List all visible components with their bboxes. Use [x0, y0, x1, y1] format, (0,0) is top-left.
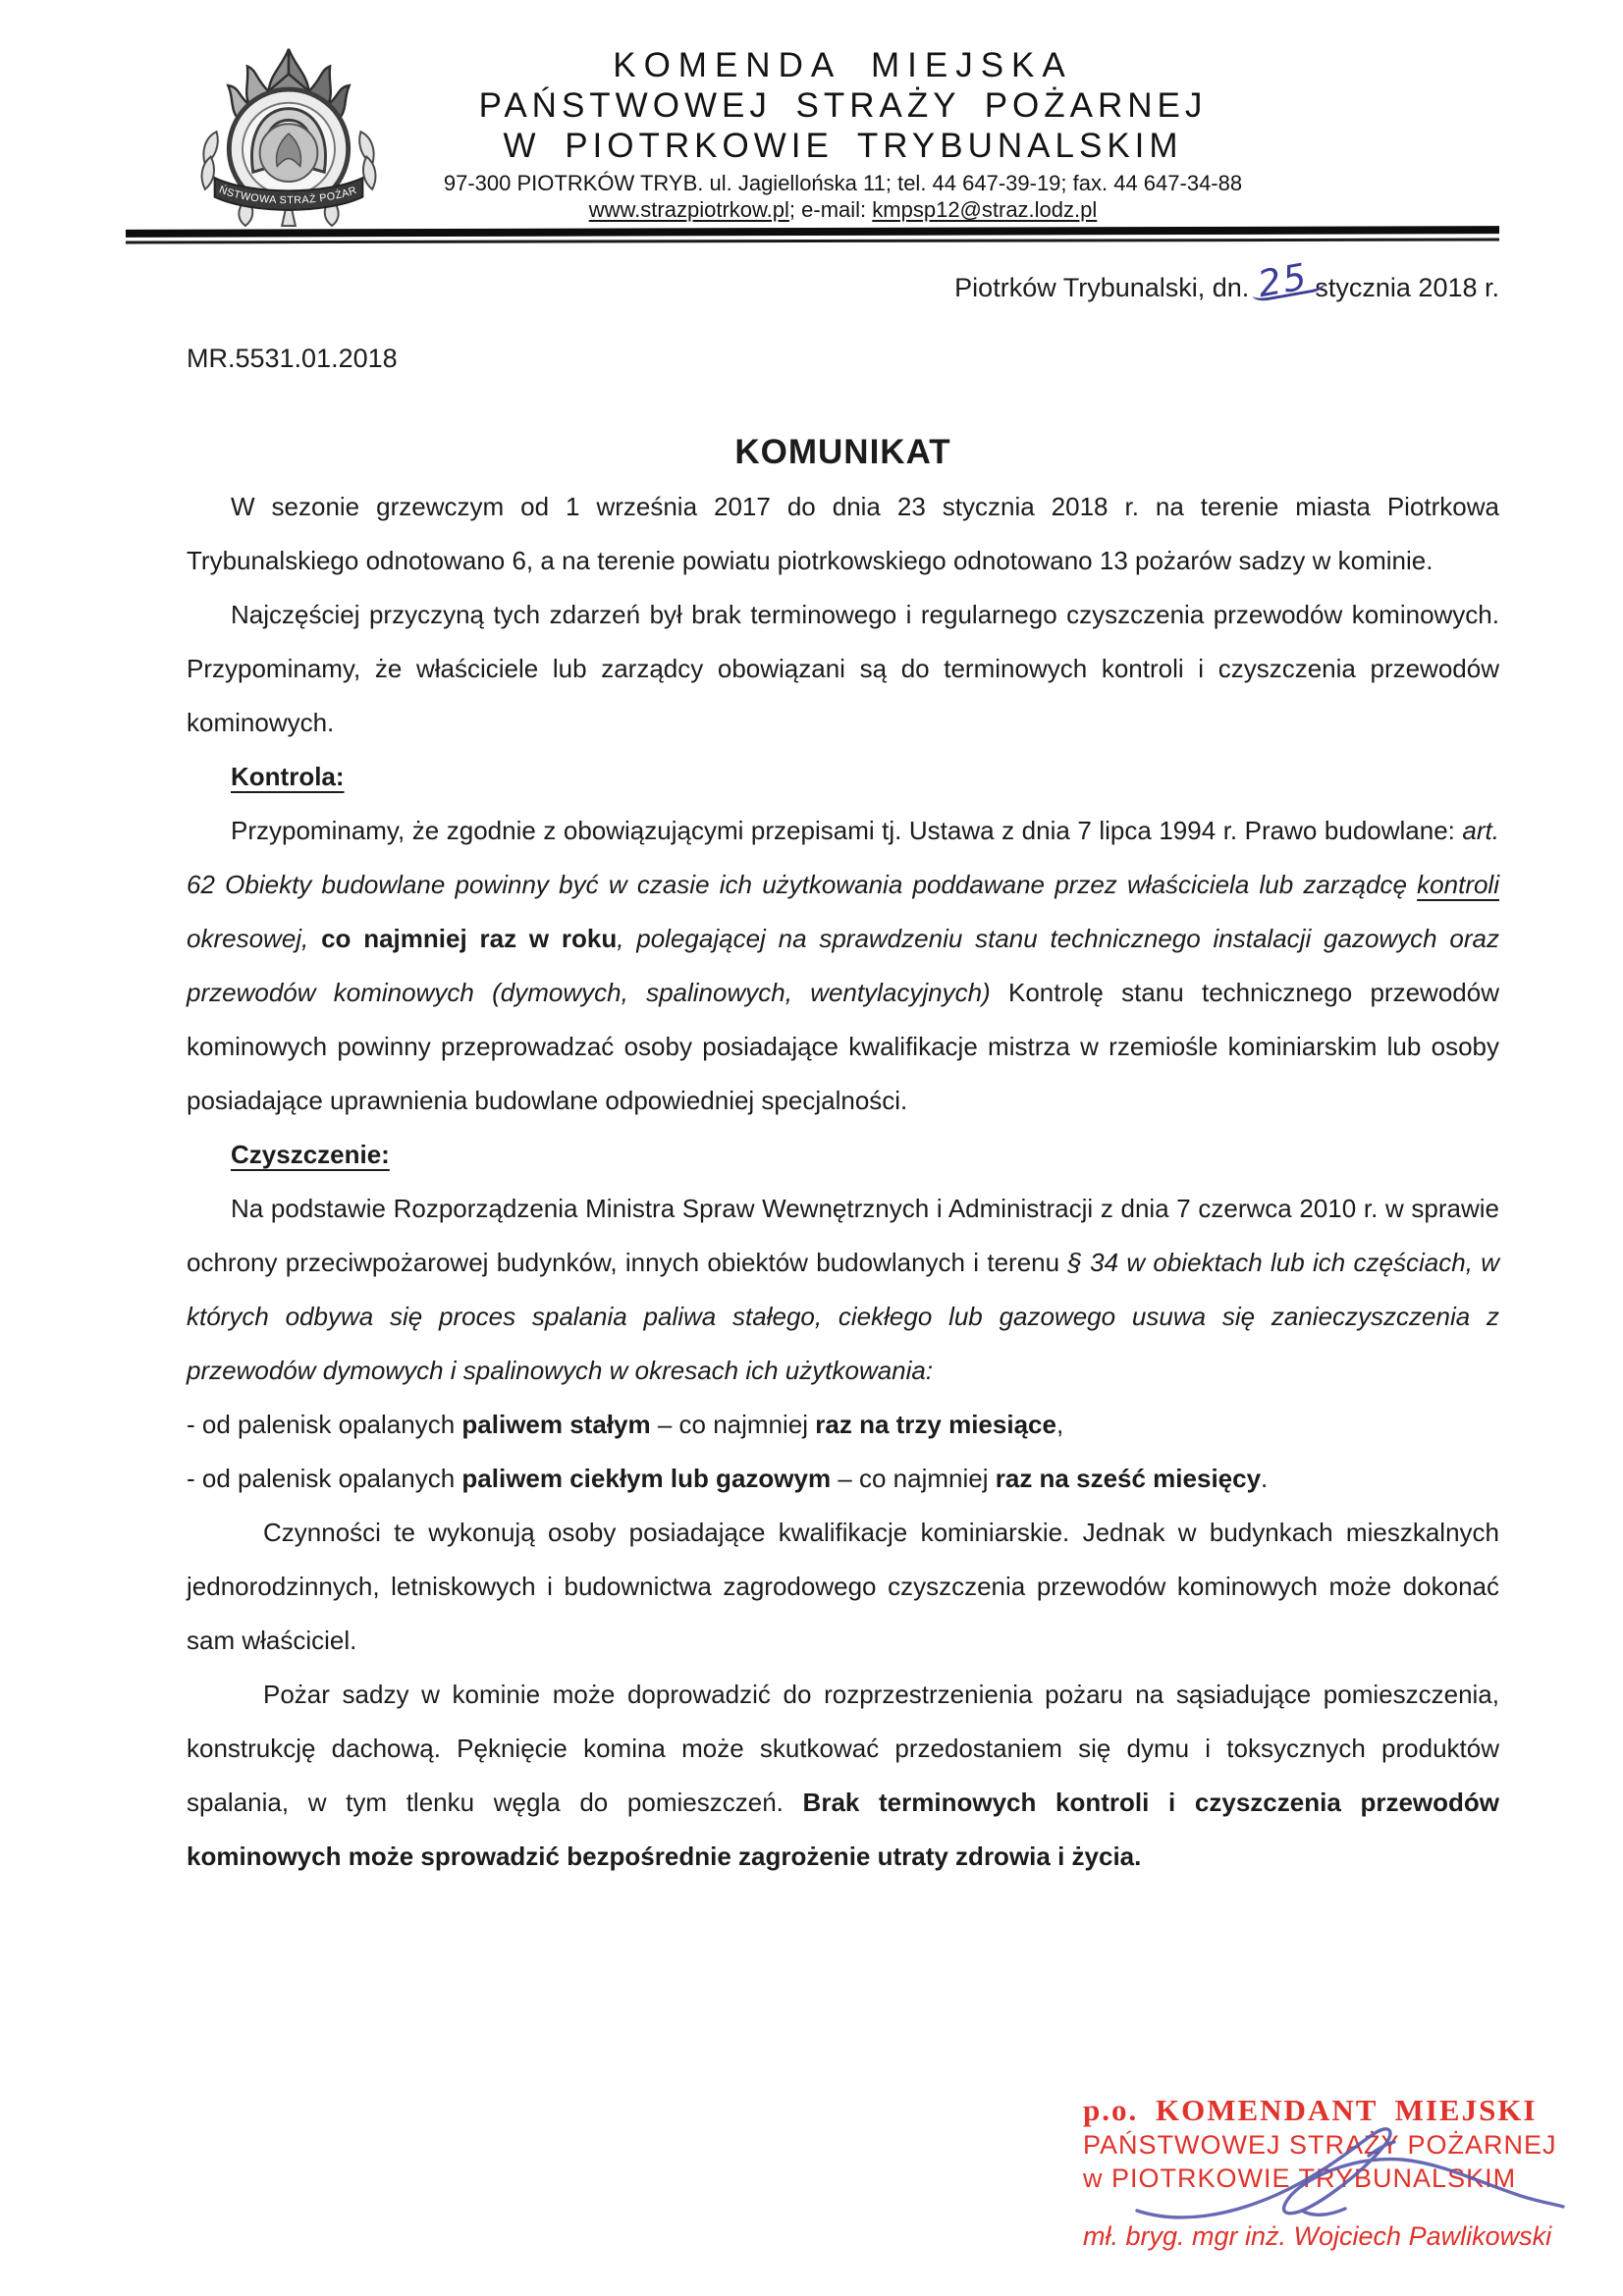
- paragraph: Na podstawie Rozporządzenia Ministra Spr…: [187, 1182, 1499, 1398]
- website-link: www.strazpiotrkow.pl: [589, 197, 789, 222]
- scanned-document-page: PAŃSTWOWA STRAŻ POŻARNA KOMENDA MIEJSKA …: [0, 0, 1623, 2296]
- stamp-org-line2: w PIOTRKOWIE TRYBUNALSKIM: [1083, 2162, 1515, 2195]
- letterhead: PAŃSTWOWA STRAŻ POŻARNA KOMENDA MIEJSKA …: [187, 45, 1499, 228]
- fire-brigade-emblem-icon: PAŃSTWOWA STRAŻ POŻARNA: [187, 45, 391, 228]
- paragraph: Czynności te wykonują osoby posiadające …: [187, 1506, 1499, 1668]
- date-suffix: stycznia 2018 r.: [1315, 273, 1499, 302]
- date-line: Piotrków Trybunalski, dn.25stycznia 2018…: [187, 268, 1499, 307]
- document-body: W sezonie grzewczym od 1 września 2017 d…: [187, 480, 1499, 1884]
- section-heading: Kontrola:: [187, 750, 1499, 804]
- paragraph: Przypominamy, że zgodnie z obowiązującym…: [187, 804, 1499, 1128]
- signer-name: mł. bryg. mgr inż. Wojciech Pawlikowski: [1083, 2220, 1515, 2252]
- paragraph: - od palenisk opalanych paliwem stałym –…: [187, 1398, 1499, 1452]
- paragraph: Najczęściej przyczyną tych zdarzeń był b…: [187, 588, 1499, 750]
- paragraph: - od palenisk opalanych paliwem ciekłym …: [187, 1452, 1499, 1506]
- email-link: kmpsp12@straz.lodz.pl: [872, 197, 1097, 222]
- email-separator: ; e-mail:: [789, 197, 872, 222]
- signature-stamp: p.o. KOMENDANT MIEJSKI PAŃSTWOWEJ STRAŻY…: [1083, 2093, 1515, 2252]
- reference-number: MR.5531.01.2018: [187, 343, 1499, 374]
- handwritten-day: 25: [1256, 262, 1311, 299]
- paragraph: Pożar sadzy w kominie może doprowadzić d…: [187, 1668, 1499, 1884]
- document-title: KOMUNIKAT: [187, 425, 1499, 480]
- section-heading: Czyszczenie:: [187, 1128, 1499, 1182]
- date-prefix: Piotrków Trybunalski, dn.: [954, 273, 1249, 302]
- stamp-org-line1: PAŃSTWOWEJ STRAŻY POŻARNEJ: [1083, 2128, 1515, 2162]
- letterhead-divider: [126, 228, 1499, 242]
- paragraph: W sezonie grzewczym od 1 września 2017 d…: [187, 480, 1499, 588]
- stamp-title: p.o. KOMENDANT MIEJSKI: [1083, 2093, 1515, 2128]
